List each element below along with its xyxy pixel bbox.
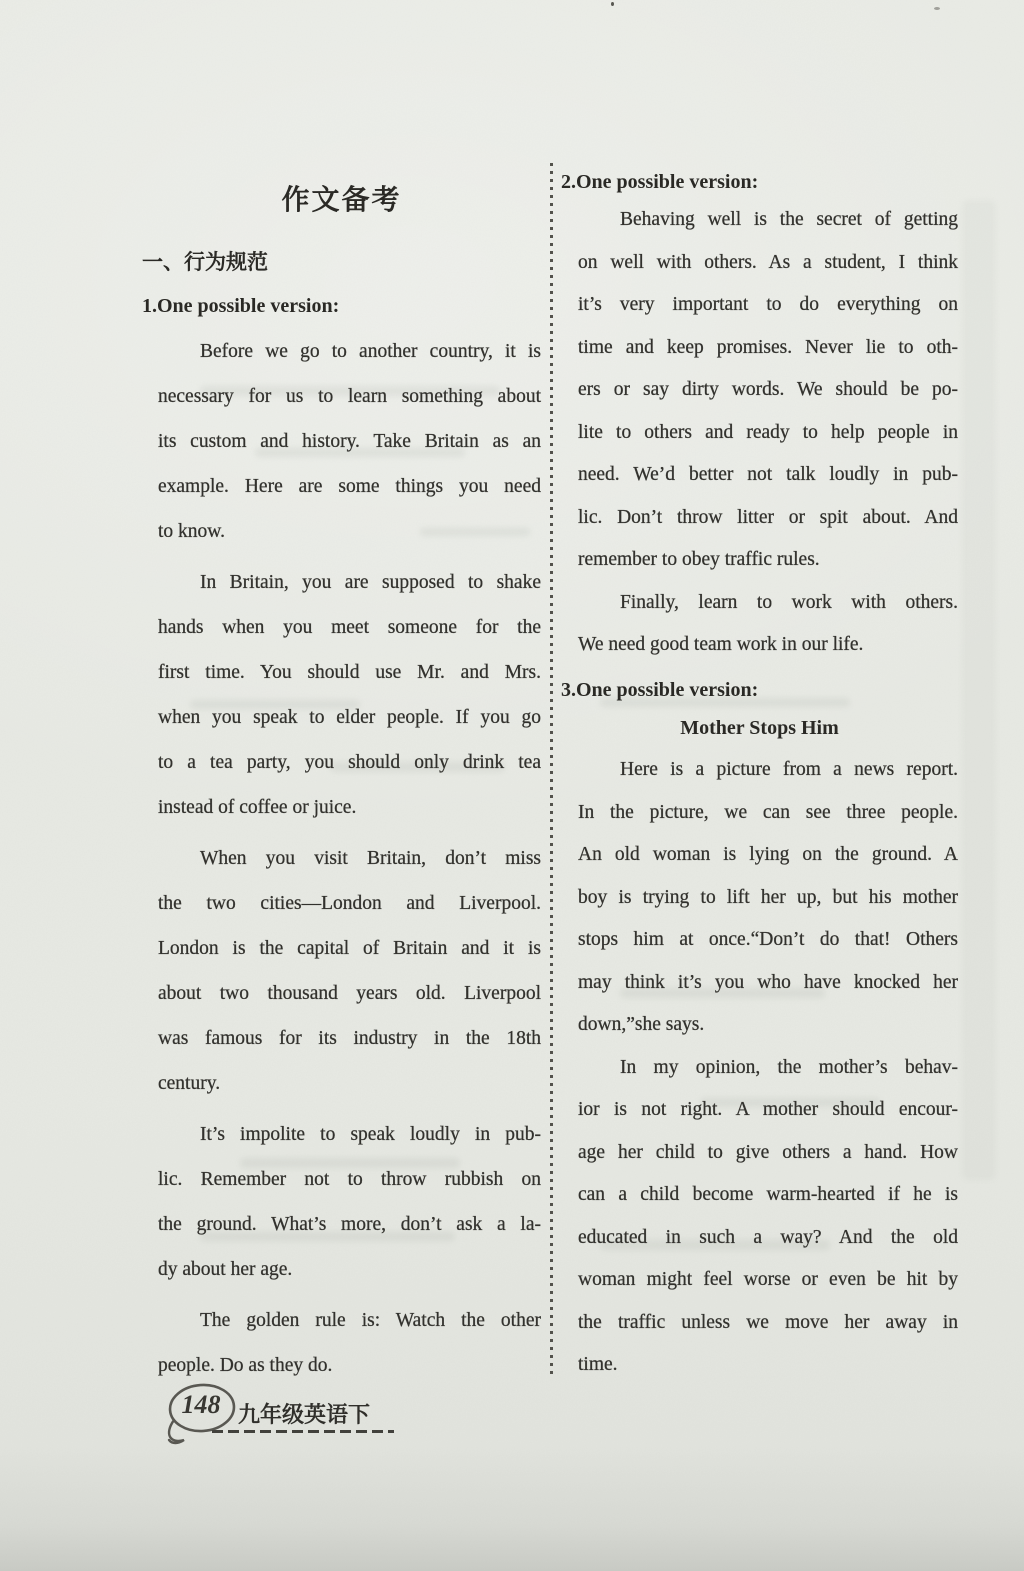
text-line: age her child to give others a hand. How xyxy=(578,1132,958,1175)
page-footer: 148 九年级英语下 xyxy=(0,1380,1024,1460)
text-line: time and keep promises. Never lie to oth… xyxy=(578,327,958,370)
text-line: The golden rule is: Watch the other xyxy=(158,1298,541,1343)
scanned-page: 作文备考 一、行为规范 1.One possible version:Befor… xyxy=(0,0,1024,1571)
paragraph: In Britain, you are supposed to shakehan… xyxy=(142,560,541,830)
text-line: It’s impolite to speak loudly in pub- xyxy=(158,1112,541,1157)
center-heading: Mother Stops Him xyxy=(561,707,958,750)
text-line: to a tea party, you should only drink te… xyxy=(158,740,541,785)
paragraph: Finally, learn to work with others.We ne… xyxy=(561,582,958,667)
text-line: to know. xyxy=(158,509,541,554)
page-number: 148 xyxy=(176,1390,226,1420)
text-line: boy is trying to lift her up, but his mo… xyxy=(578,877,958,920)
text-line: the traffic unless we move her away in xyxy=(578,1302,958,1345)
paragraph: It’s impolite to speak loudly in pub-lic… xyxy=(142,1112,541,1292)
text-line: can a child become warm-hearted if he is xyxy=(578,1174,958,1217)
text-line: on well with others. As a student, I thi… xyxy=(578,242,958,285)
paragraph: Behaving well is the secret of gettingon… xyxy=(561,199,958,582)
text-line: its custom and history. Take Britain as … xyxy=(158,419,541,464)
paragraph: The golden rule is: Watch the otherpeopl… xyxy=(142,1298,541,1388)
text-line: century. xyxy=(158,1061,541,1106)
text-line: was famous for its industry in the 18th xyxy=(158,1016,541,1061)
left-column: 作文备考 一、行为规范 1.One possible version:Befor… xyxy=(142,165,541,1388)
scan-speck xyxy=(611,2,614,6)
text-line: about two thousand years old. Liverpool xyxy=(158,971,541,1016)
scan-speck xyxy=(934,7,940,10)
book-title: 九年级英语下 xyxy=(238,1398,370,1429)
page-title: 作文备考 xyxy=(142,179,541,221)
text-line: ers or say dirty words. We should be po- xyxy=(578,369,958,412)
text-line: may think it’s you who have knocked her xyxy=(578,962,958,1005)
column-divider xyxy=(550,163,553,1375)
right-column-blocks: 2.One possible version:Behaving well is … xyxy=(561,165,958,1387)
paragraph: In my opinion, the mother’s behav-ior is… xyxy=(561,1047,958,1387)
text-line: stops him at once.“Don’t do that! Others xyxy=(578,919,958,962)
text-line: Before we go to another country, it is xyxy=(158,329,541,374)
text-line: the two cities—London and Liverpool. xyxy=(158,881,541,926)
text-line: when you speak to elder people. If you g… xyxy=(158,695,541,740)
right-column: 2.One possible version:Behaving well is … xyxy=(561,165,958,1387)
text-line: example. Here are some things you need xyxy=(158,464,541,509)
left-column-blocks: 1.One possible version:Before we go to a… xyxy=(142,289,541,1388)
text-line: When you visit Britain, don’t miss xyxy=(158,836,541,881)
text-line: ior is not right. A mother should encour… xyxy=(578,1089,958,1132)
text-line: woman might feel worse or even be hit by xyxy=(578,1259,958,1302)
text-line: In Britain, you are supposed to shake xyxy=(158,560,541,605)
text-line: Behaving well is the secret of getting xyxy=(578,199,958,242)
text-line: lic. Don’t throw litter or spit about. A… xyxy=(578,497,958,540)
heading: 3.One possible version: xyxy=(561,673,958,707)
text-line: We need good team work in our life. xyxy=(578,624,958,667)
text-line: remember to obey traffic rules. xyxy=(578,539,958,582)
text-line: Here is a picture from a news report. xyxy=(578,749,958,792)
text-line: In my opinion, the mother’s behav- xyxy=(578,1047,958,1090)
text-line: first time. You should use Mr. and Mrs. xyxy=(158,650,541,695)
text-line: An old woman is lying on the ground. A xyxy=(578,834,958,877)
text-line: lic. Remember not to throw rubbish on xyxy=(158,1157,541,1202)
text-line: need. We’d better not talk loudly in pub… xyxy=(578,454,958,497)
text-line: down,”she says. xyxy=(578,1004,958,1047)
text-line: necessary for us to learn something abou… xyxy=(158,374,541,419)
footer-underline xyxy=(212,1430,394,1433)
paragraph: Here is a picture from a news report.In … xyxy=(561,749,958,1047)
text-line: instead of coffee or juice. xyxy=(158,785,541,830)
bleedthrough-smudge xyxy=(962,200,996,1180)
text-line: Finally, learn to work with others. xyxy=(578,582,958,625)
text-line: dy about her age. xyxy=(158,1247,541,1292)
paragraph: Before we go to another country, it isne… xyxy=(142,329,541,554)
text-line: In the picture, we can see three people. xyxy=(578,792,958,835)
text-line: hands when you meet someone for the xyxy=(158,605,541,650)
paragraph: When you visit Britain, don’t missthe tw… xyxy=(142,836,541,1106)
heading: 2.One possible version: xyxy=(561,165,958,199)
text-line: lite to others and ready to help people … xyxy=(578,412,958,455)
text-line: the ground. What’s more, don’t ask a la- xyxy=(158,1202,541,1247)
text-line: London is the capital of Britain and it … xyxy=(158,926,541,971)
text-line: educated in such a way? And the old xyxy=(578,1217,958,1260)
section-heading: 一、行为规范 xyxy=(142,245,541,279)
text-line: it’s very important to do everything on xyxy=(578,284,958,327)
heading: 1.One possible version: xyxy=(142,289,541,323)
